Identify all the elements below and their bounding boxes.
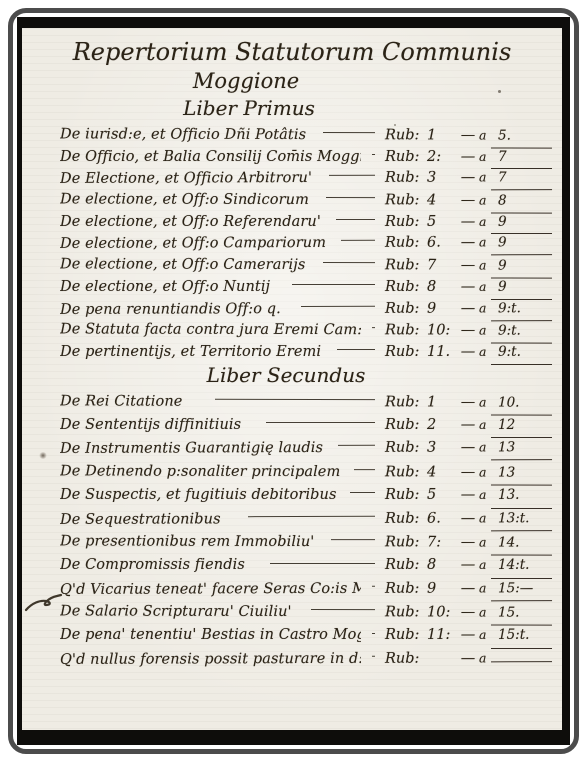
page-number: 10. [491, 391, 552, 416]
page-prefix: a [479, 276, 491, 298]
leader-dash-line [333, 436, 377, 452]
index-entry-row: De Compromissis fiendis Rub: 8 — a 14:t. [60, 553, 552, 576]
scan-dark-edge: Repertorium Statutorum Communis Moggione… [17, 17, 570, 745]
rub-number: 4 [423, 461, 457, 484]
liber-section: Liber Primus De iurisd:e, et Officio Dñi… [22, 95, 562, 362]
page-prefix: a [479, 211, 491, 233]
entry-title: De pertinentijs, et Territorio Eremi [60, 342, 321, 364]
index-entry-row: Q'd Vicarius teneat' facere Seras Co:is … [60, 576, 552, 601]
entry-title: De Instrumentis Guarantigię laudis [60, 437, 323, 461]
rub-number: 3 [423, 437, 457, 461]
rub-label: Rub: [385, 414, 423, 437]
leader-dash-line [371, 318, 377, 334]
index-entry-row: De Rei Citatione Rub: 1 — a 10. [60, 389, 552, 414]
section-heading: Liber Secundus [17, 362, 556, 388]
liber-section: Liber Secundus De Rei Citatione Rub: 1 —… [22, 362, 562, 671]
page-number: 13 [491, 461, 552, 486]
rubric-reference: Rub: 4 — a 8 [385, 189, 552, 213]
page-prefix: a [479, 124, 491, 146]
rub-dash: — [457, 391, 479, 414]
page-prefix: a [479, 436, 491, 459]
rub-dash: — [457, 256, 479, 278]
leader-dash-line [280, 275, 377, 291]
entry-title: De Suspectis, et fugitiuis debitoribus [60, 484, 337, 507]
page-number: 9:t. [491, 321, 552, 344]
margin-pen-squiggle-icon [24, 590, 64, 616]
rub-number: 9 [423, 298, 457, 320]
entry-title: De electione, et Off:o Camerarijs [60, 254, 305, 276]
leader-dash-line [255, 553, 377, 569]
rub-dash: — [457, 484, 479, 507]
rub-label: Rub: [385, 391, 423, 415]
leader-dash-line [371, 145, 377, 161]
rub-label: Rub: [385, 320, 423, 342]
page-number: 15. [491, 602, 552, 627]
page-number: 14. [491, 531, 552, 556]
rub-dash: — [457, 601, 479, 624]
entry-title: De electione, et Off:o Nuntij [60, 277, 270, 299]
entry-title: Q'd Vicarius teneat' facere Seras Co:is … [60, 577, 361, 601]
rub-label: Rub: [385, 507, 423, 531]
index-entry-row: De Electione, et Officio Arbitroru' Rub:… [60, 166, 552, 189]
entry-title: Q'd nullus forensis possit pasturare in … [60, 648, 361, 672]
rubric-reference: Rub: 1 — a 5. [385, 124, 552, 148]
rub-dash: — [457, 577, 479, 600]
section-entries: De Rei Citatione Rub: 1 — a 10. De Sente… [22, 388, 562, 671]
entry-title: De Sequestrationibus [60, 508, 221, 532]
rub-dash: — [457, 461, 479, 484]
rub-label: Rub: [385, 601, 423, 625]
rub-number: 4 [423, 190, 457, 212]
page-number: 13. [491, 484, 552, 508]
rub-dash: — [457, 342, 479, 364]
rub-number: 6. [423, 507, 457, 531]
rubric-reference: Rub: 1 — a 10. [385, 390, 552, 416]
rub-dash: — [457, 277, 479, 299]
leader-dash-line [291, 296, 377, 312]
rub-dash: — [457, 437, 479, 460]
rub-label: Rub: [385, 624, 423, 647]
rubric-reference: Rub: 8 — a 14:t. [385, 553, 552, 578]
entry-title: De presentionibus rem Immobiliu' [60, 530, 314, 554]
leader-dash-line [316, 123, 377, 139]
page-number: 9 [491, 233, 552, 256]
rub-number: 7: [423, 531, 457, 554]
entry-title: De Sententijs diffinitiuis [60, 414, 241, 437]
rub-dash: — [457, 298, 479, 320]
rub-number: 5 [423, 484, 457, 507]
section-heading: Liber Primus [17, 95, 519, 121]
scan-frame-border: Repertorium Statutorum Communis Moggione… [8, 8, 579, 754]
manuscript-page: Repertorium Statutorum Communis Moggione… [22, 28, 562, 730]
page-prefix: a [479, 601, 491, 624]
page-number: 9 [491, 256, 552, 279]
page-number: 7 [491, 168, 552, 191]
index-entry-row: De Sententijs diffinitiuis Rub: 2 — a 12 [60, 413, 552, 436]
rubric-reference: Rub: 10: — a 9:t. [385, 319, 552, 343]
rub-number: 9 [423, 577, 457, 601]
leader-dash-line [315, 253, 377, 269]
rub-dash: — [457, 414, 479, 437]
rub-label: Rub: [385, 342, 423, 364]
page-prefix: a [479, 320, 491, 342]
rub-number: 11. [423, 342, 457, 364]
rubric-reference: Rub: 6. — a 13:t. [385, 506, 552, 532]
leader-dash-line [371, 647, 377, 663]
page-number: 5. [491, 125, 552, 148]
rub-label: Rub: [385, 531, 423, 555]
page-prefix: a [479, 190, 491, 212]
rub-number: 6. [423, 233, 457, 255]
rubric-reference: Rub: 6. — a 9 [385, 232, 552, 256]
index-entry-row: De Suspectis, et fugitiuis debitoribus R… [60, 483, 552, 506]
index-entry-row: De electione, et Off:o Sindicorum Rub: 4… [60, 187, 552, 210]
entry-title: De pena' tenentiu' Bestias in Castro Mog… [60, 624, 361, 647]
page-prefix: a [479, 646, 491, 669]
page-subtitle: Moggione [17, 68, 516, 95]
page-prefix: a [479, 341, 491, 363]
index-entry-row: Q'd nullus forensis possit pasturare in … [60, 646, 552, 671]
index-entry-row: De Instrumentis Guarantigię laudis Rub: … [60, 435, 552, 460]
page-number: 13:t. [491, 507, 552, 532]
page-title: Repertorium Statutorum Communis [22, 36, 562, 68]
rub-dash: — [457, 507, 479, 530]
rub-number: 8 [423, 554, 457, 577]
rubric-reference: Rub: 11: — a 15:t. [385, 623, 552, 648]
page-prefix: a [479, 460, 491, 483]
ink-blot [39, 452, 47, 459]
entry-title: De Detinendo p:sonaliter principalem [60, 460, 340, 484]
leader-dash-line [371, 623, 377, 639]
page-prefix: a [479, 146, 491, 168]
page-prefix: a [479, 530, 491, 553]
page-number: 13 [491, 436, 552, 461]
rub-label: Rub: [385, 484, 423, 507]
rubric-reference: Rub: 5 — a 13. [385, 483, 552, 508]
page-prefix: a [479, 483, 491, 506]
rub-label: Rub: [385, 298, 423, 320]
page-number: 15:— [491, 577, 552, 602]
index-entry-row: De electione, et Off:o Campariorum Rub: … [60, 231, 552, 254]
rub-label: Rub: [385, 577, 423, 601]
rubric-reference: Rub: 7: — a 14. [385, 530, 552, 556]
index-entry-row: De iurisd:e, et Officio Dñi Potâtis Rub:… [60, 122, 552, 145]
rub-label: Rub: [385, 554, 423, 577]
rub-dash: — [457, 233, 479, 255]
ink-speck [394, 124, 396, 126]
rub-label: Rub: [385, 125, 423, 147]
entry-title: De Compromissis fiendis [60, 554, 245, 577]
leader-dash-line [371, 576, 377, 592]
page-prefix: a [479, 232, 491, 254]
page-prefix: a [479, 390, 491, 413]
rubric-reference: Rub: 3 — a 13 [385, 435, 552, 461]
rub-number: 10: [423, 320, 457, 342]
rub-dash: — [457, 647, 479, 670]
rub-dash: — [457, 168, 479, 190]
rub-dash: — [457, 190, 479, 212]
index-entry-row: De Statuta facta contra jura Eremi Cam:i… [60, 318, 552, 341]
page-number [491, 661, 552, 662]
page-number: 14:t. [491, 554, 552, 578]
rub-number: 1 [423, 125, 457, 147]
leader-dash-line [324, 530, 377, 546]
rub-label: Rub: [385, 461, 423, 485]
rubric-reference: Rub: 9 — a 15:— [385, 576, 552, 602]
index-entry-row: De presentionibus rem Immobiliu' Rub: 7:… [60, 529, 552, 554]
entry-sections: Liber Primus De iurisd:e, et Officio Dñi… [22, 95, 562, 670]
leader-dash-line [336, 231, 377, 247]
leader-dash-line [251, 413, 377, 429]
rub-number: 7 [423, 255, 457, 277]
page-number: 8 [491, 191, 552, 214]
leader-dash-line [331, 340, 377, 356]
rub-label: Rub: [385, 437, 423, 461]
section-entries: De iurisd:e, et Officio Dñi Potâtis Rub:… [22, 121, 562, 362]
entry-title: De Salario Scripturaru' Ciuiliu' [60, 600, 292, 624]
rub-dash: — [457, 125, 479, 147]
entry-title: De iurisd:e, et Officio Dñi Potâtis [60, 124, 306, 146]
rub-number: 1 [423, 391, 457, 414]
index-entry-row: De electione, et Off:o Camerarijs Rub: 7… [60, 252, 552, 275]
page-prefix: a [479, 506, 491, 529]
rubric-reference: Rub: 7 — a 9 [385, 254, 552, 278]
index-entry-row: De Salario Scripturaru' Ciuiliu' Rub: 10… [60, 599, 552, 624]
page-prefix: a [479, 167, 491, 189]
page-prefix: a [479, 623, 491, 646]
rub-label: Rub: [385, 168, 423, 190]
rub-label: Rub: [385, 190, 423, 212]
rub-dash: — [457, 554, 479, 577]
page-prefix: a [479, 576, 491, 599]
leader-dash-line [302, 600, 377, 616]
rub-label: Rub: [385, 647, 423, 671]
page-prefix: a [479, 413, 491, 436]
leader-dash-line [350, 460, 377, 476]
page-prefix: a [479, 297, 491, 319]
index-entry-row: De pena renuntiandis Off:o q. Rub: 9 — a… [60, 296, 552, 319]
rubric-reference: Rub: — a [385, 646, 552, 671]
entry-title: De Rei Citatione [60, 390, 183, 414]
leader-dash-line [331, 210, 377, 226]
rub-dash: — [457, 531, 479, 554]
rub-number: 8 [423, 277, 457, 299]
rub-label: Rub: [385, 255, 423, 277]
index-entry-row: De pena' tenentiu' Bestias in Castro Mog… [60, 623, 552, 646]
leader-dash-line [192, 389, 377, 405]
rub-number: 2 [423, 414, 457, 437]
page-number: 9:t. [491, 298, 552, 321]
rub-dash: — [457, 624, 479, 647]
entry-title: De electione, et Off:o Sindicorum [60, 189, 309, 211]
page-prefix: a [479, 255, 491, 277]
rubric-reference: Rub: 4 — a 13 [385, 460, 552, 486]
rub-dash: — [457, 321, 479, 343]
rubric-reference: Rub: 10: — a 15. [385, 600, 552, 626]
leader-dash-line [231, 506, 377, 523]
rub-number: 10: [423, 601, 457, 624]
leader-dash-line [322, 166, 377, 182]
rub-label: Rub: [385, 277, 423, 299]
rub-number: 11: [423, 624, 457, 647]
entry-title: De Statuta facta contra jura Eremi Cam:i… [60, 320, 361, 342]
ink-speck [498, 90, 501, 93]
manuscript-scan-window: Repertorium Statutorum Communis Moggione… [0, 0, 587, 760]
leader-dash-line [319, 188, 377, 204]
index-entry-row: De Sequestrationibus Rub: 6. — a 13:t. [60, 506, 552, 531]
index-entry-row: De Detinendo p:sonaliter principalem Rub… [60, 459, 552, 484]
leader-dash-line [347, 483, 377, 499]
rub-number: 3 [423, 168, 457, 190]
page-prefix: a [479, 553, 491, 576]
rub-label: Rub: [385, 233, 423, 255]
rubric-reference: Rub: 3 — a 7 [385, 167, 552, 191]
